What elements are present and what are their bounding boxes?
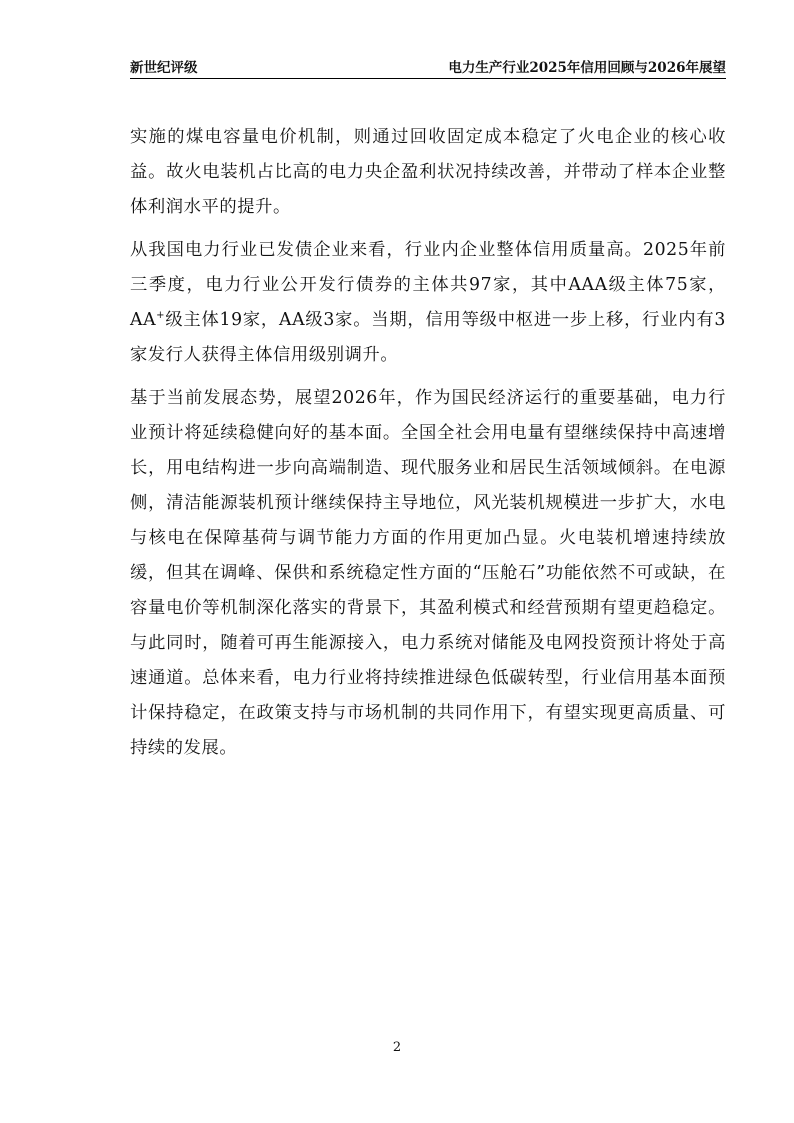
paragraph-2: 从我国电力行业已发债企业来看，行业内企业整体信用质量高。2025年前三季度，电力… [130,233,726,373]
header-org-name: 新世纪评级 [130,56,198,76]
header-report-title: 电力生产行业2025年信用回顾与2026年展望 [448,56,726,76]
paragraph-3: 基于当前发展态势，展望2026年，作为国民经济运行的重要基础，电力行业预计将延续… [130,381,726,766]
paragraph-1: 实施的煤电容量电价机制，则通过回收固定成本稳定了火电企业的核心收益。故火电装机占… [130,120,726,225]
page-header: 新世纪评级 电力生产行业2025年信用回顾与2026年展望 [130,56,726,79]
page-number: 2 [0,1040,794,1055]
rating-plus-superscript: + [156,310,165,321]
paragraph-2-tail: 级主体19家，AA级3家。当期，信用等级中枢进一步上移，行业内有3家发行人获得主… [130,310,726,365]
document-body: 实施的煤电容量电价机制，则通过回收固定成本稳定了火电企业的核心收益。故火电装机占… [130,120,726,774]
